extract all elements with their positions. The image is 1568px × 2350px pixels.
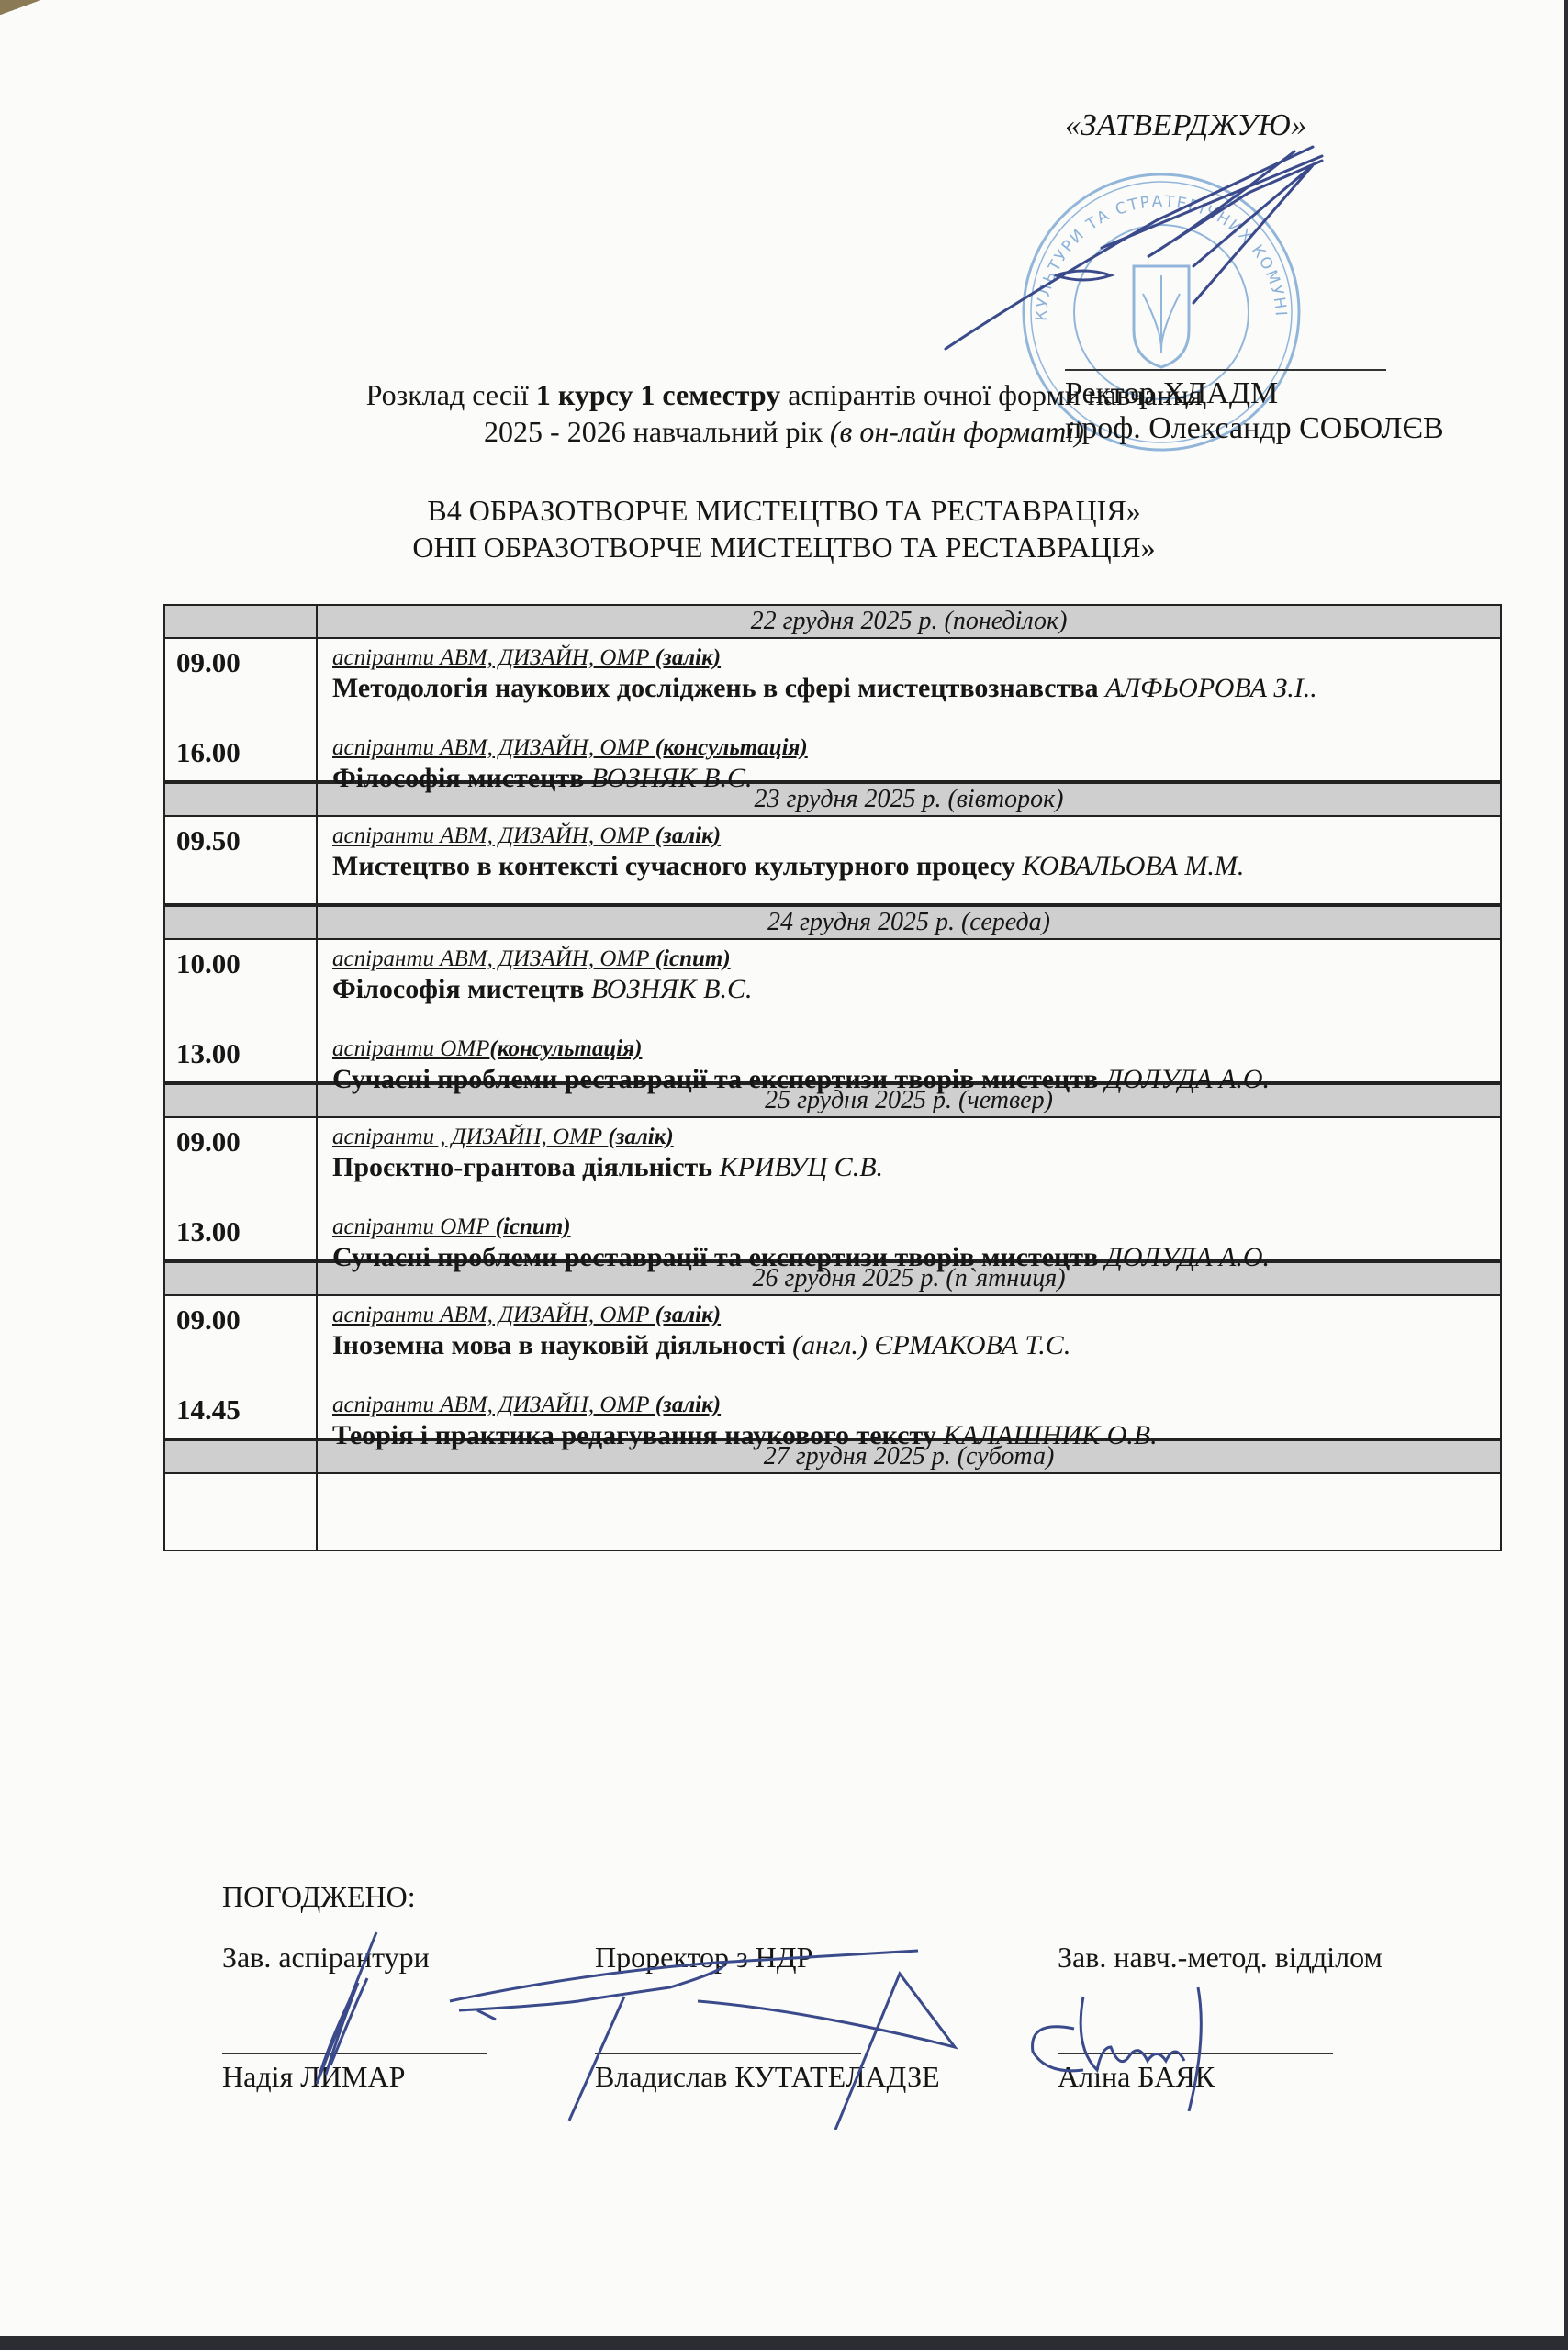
day-sessions: 09.0016.00аспіранти АВМ, ДИЗАЙН, ОМР (за… [165, 639, 1500, 782]
groups-text: аспіранти АВМ, ДИЗАЙН, ОМР [332, 735, 655, 760]
session-column: аспіранти , ДИЗАЙН, ОМР (залік)Проєктно-… [318, 1118, 1500, 1259]
time-column: 09.0013.00 [165, 1118, 318, 1259]
groups-text: аспіранти , ДИЗАЙН, ОМР [332, 1125, 608, 1149]
course-title: Іноземна мова в науковій діяльності [332, 1330, 792, 1360]
signatory-name: Владислав КУТАТЕЛАДЗЕ [595, 2060, 940, 2094]
course-title: Проєктно-грантова діяльність [332, 1152, 720, 1182]
course-title: Філософія мистецтв [332, 763, 591, 793]
groups-text: аспіранти АВМ, ДИЗАЙН, ОМР [332, 946, 655, 971]
course-line: Теорія і практика редагування наукового … [332, 1419, 1158, 1452]
day-sessions: 10.0013.00аспіранти АВМ, ДИЗАЙН, ОМР (іс… [165, 940, 1500, 1083]
groups-text: аспіранти АВМ, ДИЗАЙН, ОМР [332, 645, 655, 670]
time-column: 10.0013.00 [165, 940, 318, 1081]
session-column: аспіранти АВМ, ДИЗАЙН, ОМР (іспит)Філосо… [318, 940, 1500, 1081]
day-sessions: 09.50аспіранти АВМ, ДИЗАЙН, ОМР (залік)М… [165, 817, 1500, 905]
teacher-name: КАЛАШНИК О.В. [943, 1420, 1157, 1450]
session-entry: аспіранти , ДИЗАЙН, ОМР (залік)Проєктно-… [332, 1124, 883, 1184]
control-type: (залік) [655, 1303, 721, 1327]
session-entry: аспіранти АВМ, ДИЗАЙН, ОМР (залік)Інозем… [332, 1302, 1070, 1362]
session-entry: аспіранти АВМ, ДИЗАЙН, ОМР (консультація… [332, 734, 808, 795]
day-header-spacer [165, 907, 318, 938]
course-language: (англ.) [792, 1330, 874, 1360]
session-entry: аспіранти ОМР(консультація)Сучасні пробл… [332, 1035, 1270, 1096]
student-groups: аспіранти ОМР (іспит) [332, 1214, 1270, 1241]
signatory-name: Аліна БАЯК [1058, 2060, 1215, 2094]
day-header-spacer [165, 606, 318, 637]
session-time: 13.00 [176, 1215, 241, 1248]
time-column: 09.0016.00 [165, 639, 318, 780]
course-title: Методологія наукових досліджень в сфері … [332, 673, 1105, 703]
day-sessions [165, 1474, 1500, 1550]
session-entry: аспіранти АВМ, ДИЗАЙН, ОМР (іспит)Філосо… [332, 946, 752, 1006]
session-time: 09.00 [176, 646, 241, 679]
course-line: Сучасні проблеми реставрації та експерти… [332, 1241, 1270, 1274]
teacher-name: ЄРМАКОВА Т.С. [874, 1330, 1070, 1360]
session-entry: аспіранти АВМ, ДИЗАЙН, ОМР (залік)Методо… [332, 644, 1317, 705]
session-entry: аспіранти АВМ, ДИЗАЙН, ОМР (залік)Теорія… [332, 1392, 1158, 1452]
session-time: 09.00 [176, 1304, 241, 1337]
session-time: 14.45 [176, 1393, 241, 1427]
course-title: Сучасні проблеми реставрації та експерти… [332, 1064, 1105, 1094]
groups-text: аспіранти ОМР [332, 1036, 489, 1061]
control-type: (консультація) [489, 1036, 642, 1061]
student-groups: аспіранти АВМ, ДИЗАЙН, ОМР (іспит) [332, 946, 752, 973]
signature-line [1058, 2053, 1333, 2054]
groups-text: аспіранти АВМ, ДИЗАЙН, ОМР [332, 823, 655, 848]
student-groups: аспіранти ОМР(консультація) [332, 1035, 1270, 1063]
schedule-title: Розклад сесії 1 курсу 1 семестру аспіран… [0, 378, 1568, 412]
time-column: 09.50 [165, 817, 318, 903]
day-sessions: 09.0014.45аспіранти АВМ, ДИЗАЙН, ОМР (за… [165, 1296, 1500, 1439]
title-text: Розклад сесії [366, 378, 536, 411]
control-type: (залік) [655, 1393, 721, 1417]
control-type: (залік) [655, 645, 721, 670]
course-line: Іноземна мова в науковій діяльності (анг… [332, 1329, 1070, 1362]
student-groups: аспіранти АВМ, ДИЗАЙН, ОМР (консультація… [332, 734, 808, 762]
page-corner-fold [0, 0, 64, 101]
student-groups: аспіранти АВМ, ДИЗАЙН, ОМР (залік) [332, 1392, 1158, 1419]
time-column: 09.0014.45 [165, 1296, 318, 1438]
session-time: 16.00 [176, 736, 241, 769]
teacher-name: АЛФЬОРОВА З.І.. [1105, 673, 1317, 703]
teacher-name: ДОЛУДА А.О. [1105, 1064, 1270, 1094]
day-header: 22 грудня 2025 р. (понеділок) [165, 606, 1500, 639]
control-type: (консультація) [655, 735, 808, 760]
course-title: Мистецтво в контексті сучасного культурн… [332, 851, 1022, 881]
teacher-name: ДОЛУДА А.О. [1105, 1242, 1270, 1272]
session-column: аспіранти АВМ, ДИЗАЙН, ОМР (залік)Інозем… [318, 1296, 1500, 1438]
day-header-spacer [165, 1263, 318, 1294]
session-entry: аспіранти ОМР (іспит)Сучасні проблеми ре… [332, 1214, 1270, 1274]
groups-text: аспіранти АВМ, ДИЗАЙН, ОМР [332, 1393, 655, 1417]
rector-signature-icon [918, 119, 1350, 386]
control-type: (залік) [655, 823, 721, 848]
session-column [318, 1474, 1500, 1550]
course-line: Мистецтво в контексті сучасного культурн… [332, 850, 1244, 883]
format-note: (в он-лайн форматі) [830, 415, 1084, 448]
course-line: Філософія мистецтв ВОЗНЯК В.С. [332, 762, 808, 795]
approval-title: «ЗАТВЕРДЖУЮ» [1065, 108, 1307, 143]
session-time: 13.00 [176, 1037, 241, 1070]
signatory-role: Зав. аспірантури [222, 1941, 430, 1975]
svg-text:КУЛЬТУРИ ТА СТРАТЕГІЧНИХ КОМУН: КУЛЬТУРИ ТА СТРАТЕГІЧНИХ КОМУНІКАЦІЙ [1010, 156, 1290, 321]
signature-line [1065, 369, 1386, 371]
day-header: 24 грудня 2025 р. (середа) [165, 905, 1500, 940]
student-groups: аспіранти АВМ, ДИЗАЙН, ОМР (залік) [332, 822, 1244, 850]
day-label: 22 грудня 2025 р. (понеділок) [318, 606, 1500, 637]
signatory-role: Зав. навч.-метод. відділом [1058, 1941, 1383, 1975]
course-line: Сучасні проблеми реставрації та експерти… [332, 1063, 1270, 1096]
course-line: Філософія мистецтв ВОЗНЯК В.С. [332, 973, 752, 1006]
program-name-2: ОНП ОБРАЗОТВОРЧЕ МИСТЕЦТВО ТА РЕСТАВРАЦІ… [0, 531, 1568, 565]
session-time: 09.00 [176, 1125, 241, 1158]
teacher-name: ВОЗНЯК В.С. [591, 974, 753, 1004]
program-name-1: В4 ОБРАЗОТВОРЧЕ МИСТЕЦТВО ТА РЕСТАВРАЦІЯ… [0, 494, 1568, 528]
course-line: Проєктно-грантова діяльність КРИВУЦ С.В. [332, 1151, 883, 1184]
groups-text: аспіранти ОМР [332, 1214, 496, 1239]
course-line: Методологія наукових досліджень в сфері … [332, 672, 1317, 705]
student-groups: аспіранти , ДИЗАЙН, ОМР (залік) [332, 1124, 883, 1151]
teacher-name: КОВАЛЬОВА М.М. [1022, 851, 1244, 881]
session-time: 09.50 [176, 824, 241, 857]
session-column: аспіранти АВМ, ДИЗАЙН, ОМР (залік)Мистец… [318, 817, 1500, 903]
day-header-spacer [165, 784, 318, 815]
course-title: Теорія і практика редагування наукового … [332, 1420, 943, 1450]
title-course-semester: 1 курсу 1 семестру [536, 378, 780, 411]
title-text-suffix: аспірантів очної форми навчання [780, 378, 1202, 411]
signatory-name: Надія ЛИМАР [222, 2060, 405, 2094]
session-column: аспіранти АВМ, ДИЗАЙН, ОМР (залік)Методо… [318, 639, 1500, 780]
signature-line [222, 2053, 487, 2054]
teacher-name: ВОЗНЯК В.С. [591, 763, 753, 793]
day-header-spacer [165, 1441, 318, 1472]
course-title: Сучасні проблеми реставрації та експерти… [332, 1242, 1105, 1272]
session-entry: аспіранти АВМ, ДИЗАЙН, ОМР (залік)Мистец… [332, 822, 1244, 883]
day-sessions: 09.0013.00аспіранти , ДИЗАЙН, ОМР (залік… [165, 1118, 1500, 1261]
academic-year: 2025 - 2026 навчальний рік (в он-лайн фо… [0, 415, 1568, 449]
day-label: 24 грудня 2025 р. (середа) [318, 907, 1500, 938]
time-column [165, 1474, 318, 1550]
agreed-label: ПОГОДЖЕНО: [222, 1880, 416, 1914]
schedule-table: 22 грудня 2025 р. (понеділок)09.0016.00а… [163, 604, 1502, 1551]
academic-year-text: 2025 - 2026 навчальний рік [484, 415, 830, 448]
course-title: Філософія мистецтв [332, 974, 591, 1004]
control-type: (залік) [608, 1125, 673, 1149]
session-time: 10.00 [176, 947, 241, 980]
signatory-role: Проректор з НДР [595, 1941, 812, 1975]
control-type: (іспит) [496, 1214, 571, 1239]
control-type: (іспит) [655, 946, 731, 971]
signature-line [595, 2053, 861, 2054]
student-groups: аспіранти АВМ, ДИЗАЙН, ОМР (залік) [332, 1302, 1070, 1329]
groups-text: аспіранти АВМ, ДИЗАЙН, ОМР [332, 1303, 655, 1327]
day-header-spacer [165, 1085, 318, 1116]
student-groups: аспіранти АВМ, ДИЗАЙН, ОМР (залік) [332, 644, 1317, 672]
teacher-name: КРИВУЦ С.В. [720, 1152, 883, 1182]
document-page: КУЛЬТУРИ ТА СТРАТЕГІЧНИХ КОМУНІКАЦІЙ «ЗА… [0, 0, 1564, 2336]
